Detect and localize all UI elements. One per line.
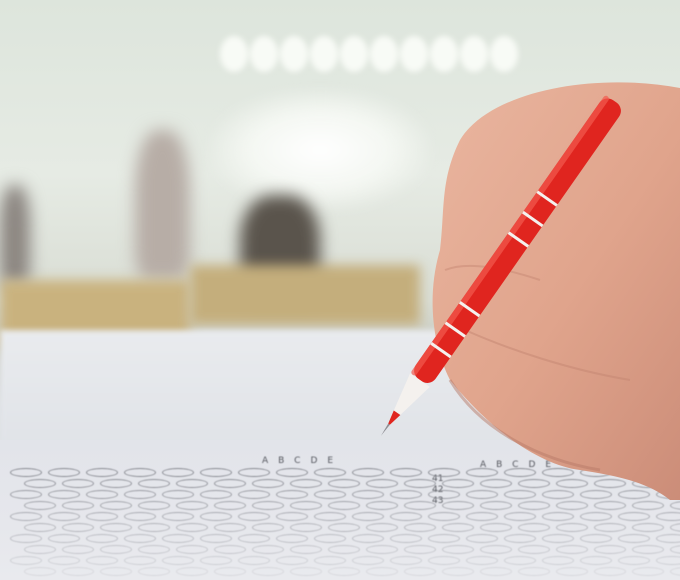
pen-nib	[380, 424, 390, 437]
photo-scene: ABCDE ABCDE 41 42 43	[0, 0, 680, 580]
red-pen	[0, 0, 680, 580]
